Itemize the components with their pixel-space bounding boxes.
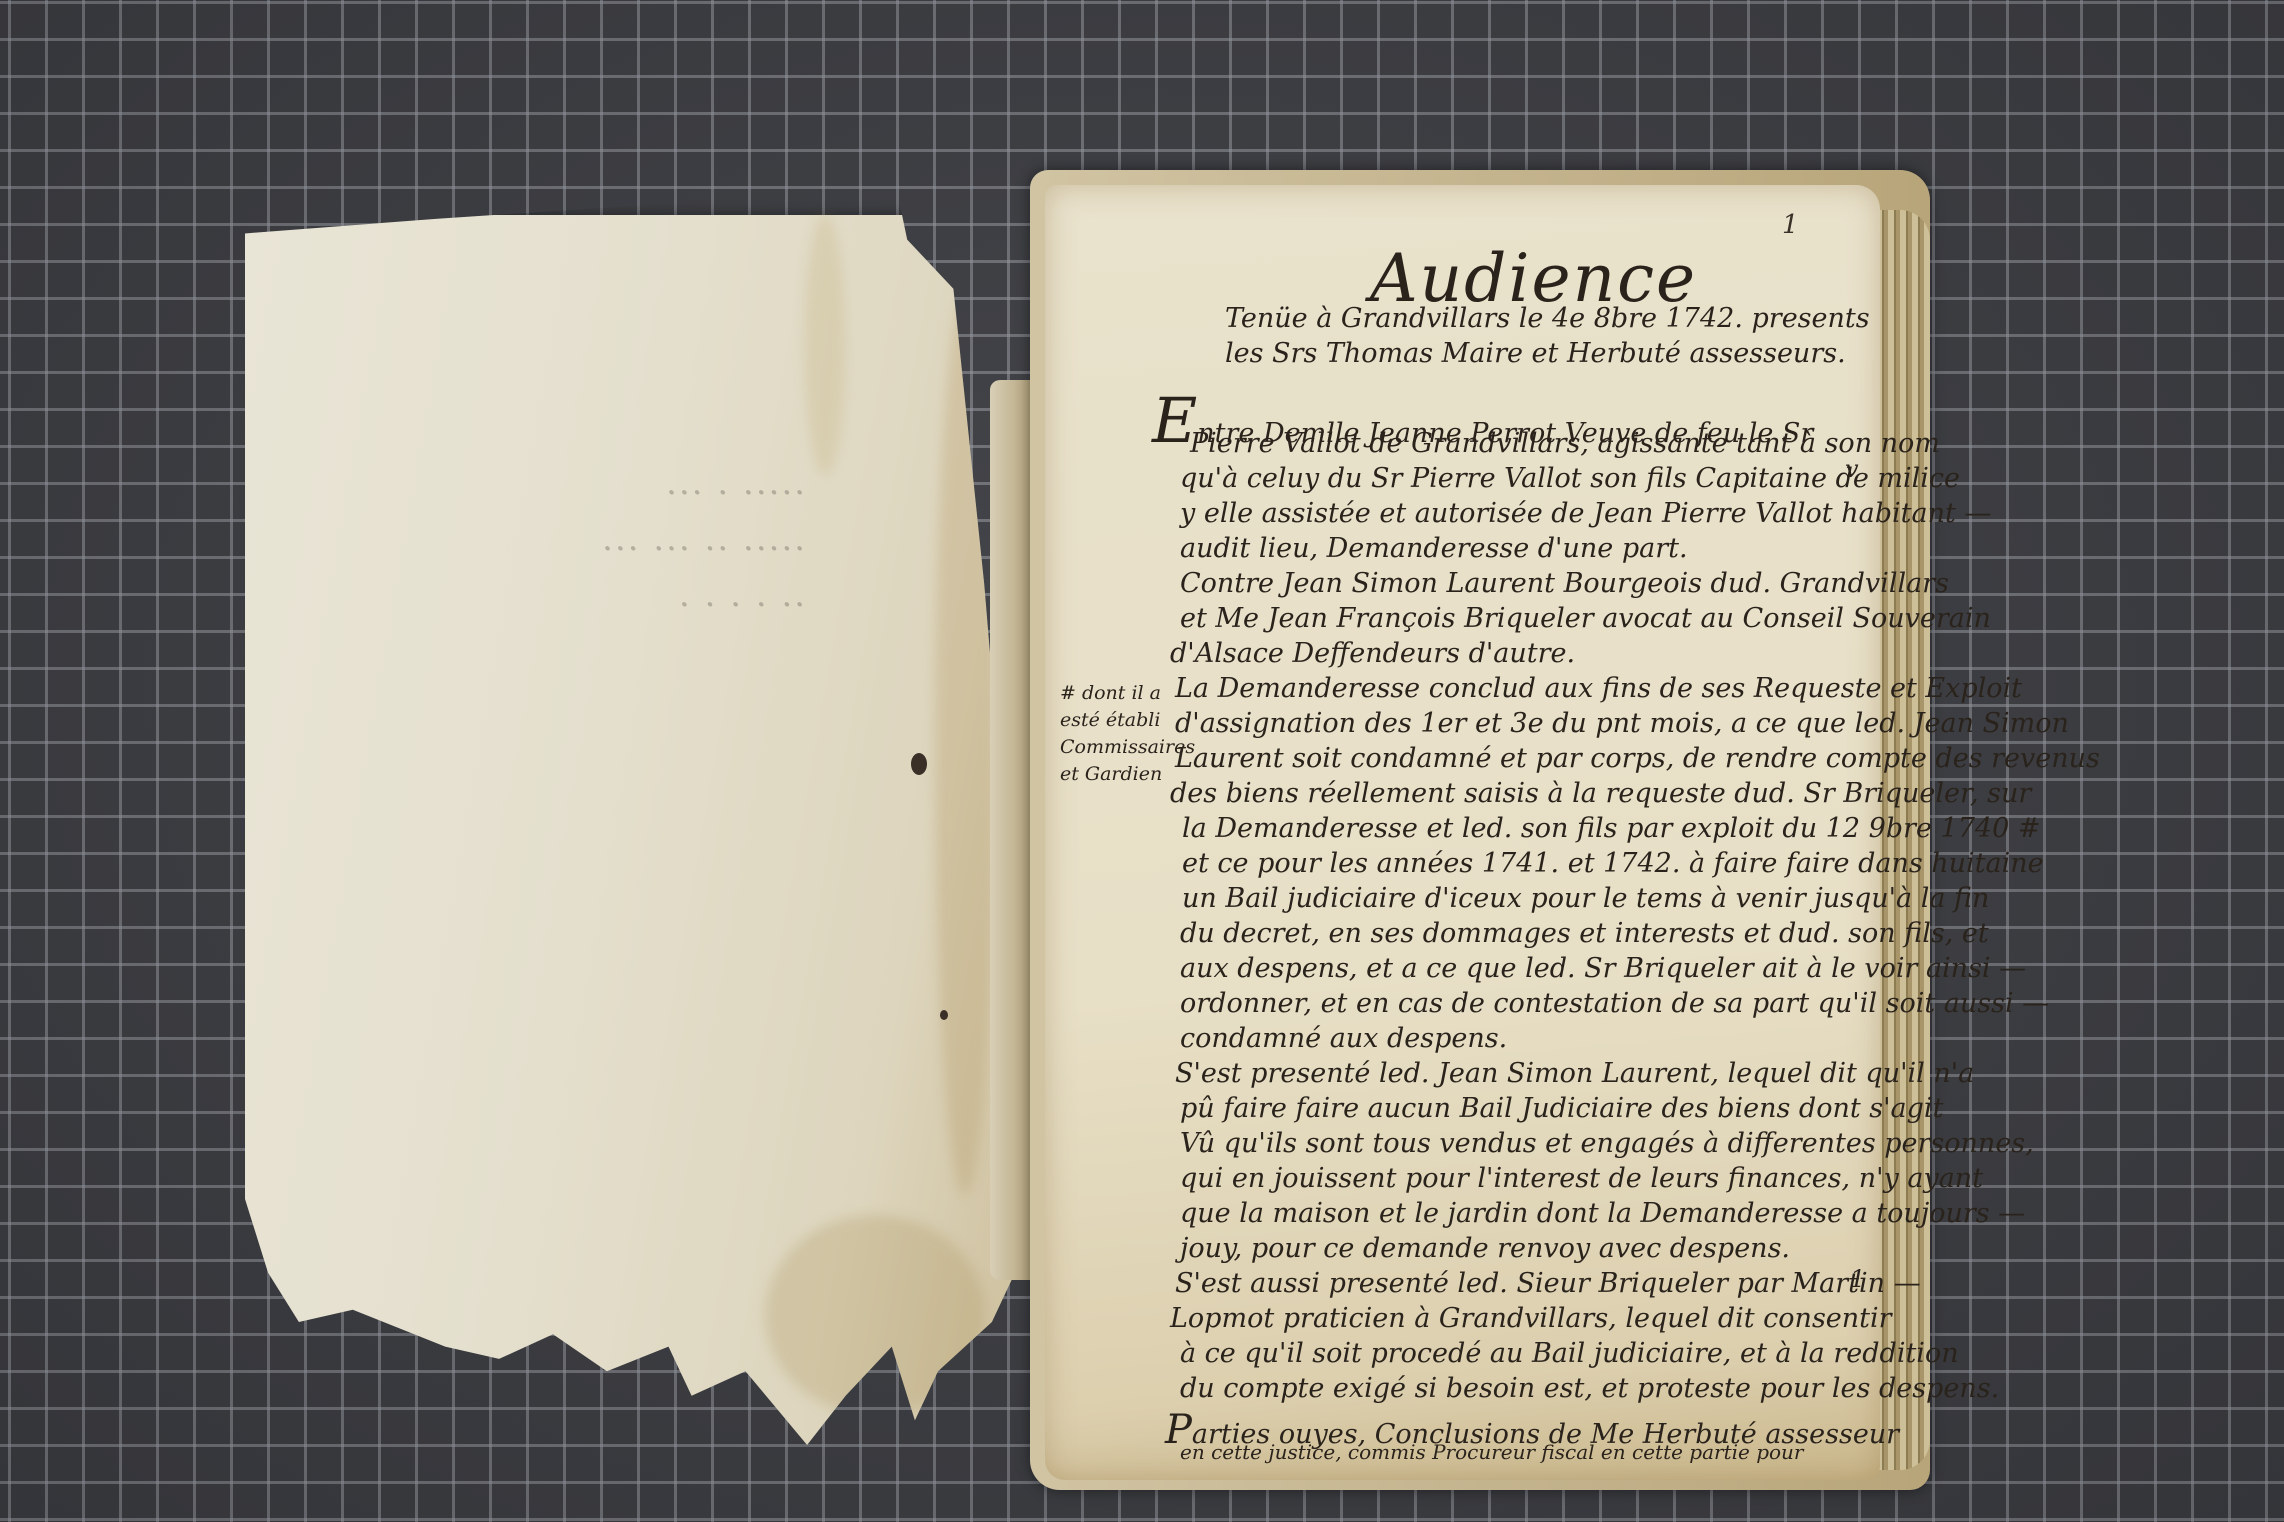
body-line: jouy, pour ce demande renvoy avec despen… — [1180, 1235, 1790, 1262]
left-loose-sheet: ····· · ··· ····· ·· ··· ··· ·· · · · · — [245, 215, 1015, 1445]
body-line: Vû qu'ils sont tous vendus et engagés à … — [1180, 1130, 2034, 1157]
body-line: d'Alsace Deffendeurs d'autre. — [1170, 640, 1575, 667]
body-line: un Bail judiciaire d'iceux pour le tems … — [1182, 885, 1989, 912]
header-line: les Srs Thomas Maire et Herbuté assesseu… — [1225, 340, 1846, 367]
body-line: du compte exigé si besoin est, et protes… — [1180, 1375, 1999, 1402]
bleed-line: ····· · ··· — [305, 465, 805, 521]
bottom-stain — [765, 1215, 985, 1415]
bleed-line: ····· ·· ··· ··· — [305, 521, 805, 577]
margin-note-line: et Gardien — [1060, 761, 1180, 788]
edge-stain — [935, 295, 995, 1195]
body-line: et ce pour les années 1741. et 1742. à f… — [1182, 850, 2044, 877]
body-line: et Me Jean François Briqueler avocat au … — [1180, 605, 1991, 632]
margin-note-line: Commissaires — [1060, 734, 1180, 761]
body-line: S'est presenté led. Jean Simon Laurent, … — [1175, 1060, 1974, 1087]
body-line: qui en jouissent pour l'interest de leur… — [1180, 1165, 1983, 1192]
body-line: la Demanderesse et led. son fils par exp… — [1182, 815, 2040, 842]
margin-note-line: # dont il a — [1060, 680, 1180, 707]
body-line: Pierre Vallot de Grandvillars, agissante… — [1190, 430, 1940, 457]
body-line: S'est aussi presenté led. Sieur Briquele… — [1175, 1270, 1921, 1297]
paper-hole — [940, 1010, 948, 1020]
margin-note-line: esté établi — [1060, 707, 1180, 734]
bleed-line: ·· · · · · — [305, 577, 805, 633]
page-number: 1 — [1782, 210, 1799, 240]
header-line: Tenüe à Grandvillars le 4e 8bre 1742. pr… — [1225, 305, 1870, 332]
water-stain — [805, 215, 845, 475]
body-line: qu'à celuy du Sr Pierre Vallot son fils … — [1180, 465, 1960, 492]
body-line: La Demanderesse conclud aux fins de ses … — [1175, 675, 2022, 702]
body-line: pû faire faire aucun Bail Judiciaire des… — [1180, 1095, 1943, 1122]
body-line: Lopmot praticien à Grandvillars, lequel … — [1170, 1305, 1892, 1332]
body-line: que la maison et le jardin dont la Deman… — [1180, 1200, 2025, 1227]
bleed-through-text: ····· · ··· ····· ·· ··· ··· ·· · · · · — [305, 465, 805, 633]
body-line: condamné aux despens. — [1180, 1025, 1507, 1052]
body-line: Contre Jean Simon Laurent Bourgeois dud.… — [1180, 570, 1949, 597]
body-line: des biens réellement saisis à la request… — [1170, 780, 2031, 807]
body-line: y elle assistée et autorisée de Jean Pie… — [1180, 500, 1991, 527]
body-line: du decret, en ses dommages et interests … — [1180, 920, 1989, 947]
margin-note: # dont il a esté établi Commissaires et … — [1060, 680, 1180, 788]
body-line: à ce qu'il soit procedé au Bail judiciai… — [1180, 1340, 1959, 1367]
body-line: ordonner, et en cas de contestation de s… — [1180, 990, 2049, 1017]
margin-mark: v — [1845, 455, 1859, 483]
body-line: d'assignation des 1er et 3e du pnt mois,… — [1175, 710, 2069, 737]
body-line: audit lieu, Demanderesse d'une part. — [1180, 535, 1688, 562]
margin-mark: 1 — [1850, 1265, 1865, 1293]
body-line: aux despens, et a ce que led. Sr Briquel… — [1180, 955, 2026, 982]
body-line: Laurent soit condamné et par corps, de r… — [1175, 745, 2100, 772]
paper-hole — [911, 753, 927, 775]
